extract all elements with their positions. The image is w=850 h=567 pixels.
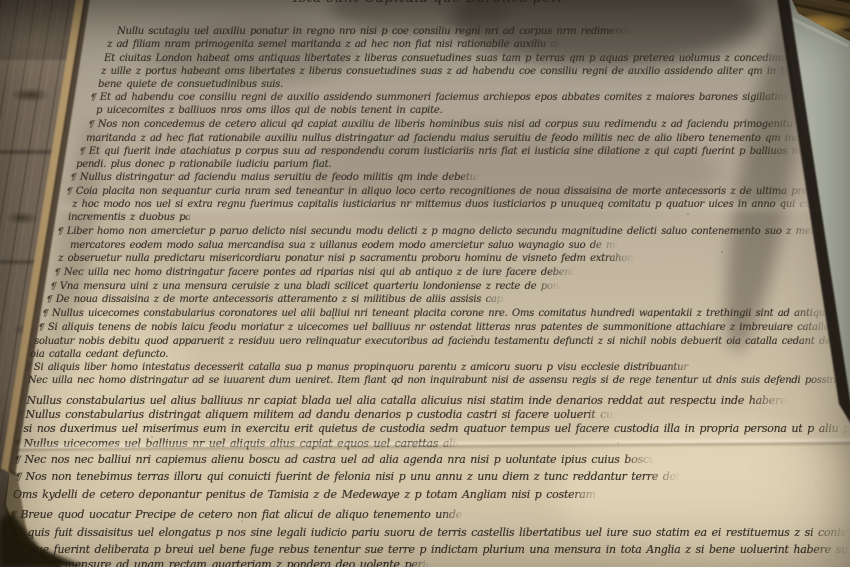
line-text: Nullu scutagiu uel auxiliu ponatur in re… [117,26,632,37]
manuscript-line: ¶Nos non tenebimus terras illoru qui con… [15,470,680,484]
line-text: soluatur nobis debitu quod apparuerit z … [34,336,837,347]
manuscript-photo: Ista sunt Capitula que Barones petunt z … [0,0,850,567]
paragraph-mark: ¶ [90,92,97,102]
line-text: Vna mensura uini z una mensura ceruisie … [60,281,560,292]
manuscript-line: oia catalla cedant defuncto. [30,349,204,362]
manuscript-line: Oms kydelli de cetero deponantur penitus… [13,488,600,502]
line-text: Si quis fuit dissaisitus uel elongatus p… [12,526,850,539]
manuscript-line: ¶Nullus constabularius distringat alique… [15,408,615,422]
manuscript-line: z obseruetur nulla predictaru misericord… [58,253,635,266]
line-text: z obseruetur nulla predictaru misericord… [58,253,635,264]
manuscript-line: pendi. plus donec p rationabile iudiciu … [76,159,368,172]
line-text: incrementis z duobus partibus. [68,212,192,223]
paragraph-mark: ¶ [38,322,45,332]
manuscript-line: z ad filiam nram primogenita semel marit… [107,39,562,52]
manuscript-line: ¶Et qui fuerit inde atachiatus p corpus … [79,146,804,159]
parchment-page: Ista sunt Capitula que Barones petunt z … [0,0,850,567]
line-text: Nullus uicecomes constabularius coronato… [52,308,832,319]
paragraph-mark: ¶ [70,172,77,182]
manuscript-line: soluatur nobis debitu quod apparuerit z … [34,336,837,349]
line-text: maritanda z ad hec fiat rationabile auxi… [86,133,802,144]
manuscript-line: ¶Nec uilla nec homo distringatur facere … [54,267,575,280]
manuscript-line: Si quis fuit dissaisitus uel elongatus p… [12,526,850,540]
line-text: Breue quod uocatur Precipe de cetero non… [20,508,465,521]
manuscript-line: mercatores eodem modo salua mercandisa s… [70,240,618,253]
manuscript-line: incrementis z duobus partibus. [68,212,192,225]
line-text: z hoc modo nos uel si extra regnu fuerim… [72,199,813,210]
manuscript-line: ¶Nec nos nec balliui nri capiemus alienu… [14,453,655,467]
line-text: Nullus constabularius distringat aliquem… [25,408,615,421]
manuscript-line: z uille z portus habeant oms libertates … [101,66,789,79]
manuscript-line: ¶Nullus distringatur ad faciendu maius s… [70,172,480,185]
paragraph-mark: ¶ [79,146,86,156]
manuscript-line: z hoc modo nos uel si extra regnu fuerim… [72,199,813,212]
manuscript-line: p uicecomites z balliuos nros oms illos … [96,105,478,118]
manuscript-line: Nullu scutagiu uel auxiliu ponatur in re… [117,26,632,39]
line-text: z si nos duxerimus uel miserimus eum in … [13,422,850,435]
line-text: Nullus constabularius uel alius balliuus… [26,394,788,407]
manuscript-line: ¶Nullus constabularius uel alius balliuu… [16,394,788,408]
manuscript-line: ¶Coia placita non sequantur curia nram s… [66,186,811,199]
manuscript-line: illa que fuerint deliberata p breui uel … [8,543,850,557]
paragraph-mark: ¶ [14,454,21,465]
manuscript-line: ¶Si aliquis liber homo intestatus decess… [24,362,702,375]
line-text: Si aliquis tenens de nobis laicu feodu m… [48,322,834,333]
line-text: Liber homo non amercietur p paruo delict… [67,226,818,237]
manuscript-line: ¶Nec uilla nec homo distringatur ad se i… [18,375,844,388]
line-text: Coia placita non sequantur curia nram se… [76,186,811,197]
line-text: Si aliquis liber homo intestatus decesse… [34,362,688,373]
manuscript-line: ¶Si aliquis tenens de nobis laicu feodu … [38,322,834,335]
line-text: Nec nos nec balliui nri capiemus alienu … [24,453,655,466]
manuscript-line: ¶Nos non concedemus de cetero alicui qd … [88,119,799,132]
paragraph-mark: ¶ [57,226,64,236]
line-text: oia catalla cedant defuncto. [30,349,168,360]
line-text: Nos non concedemus de cetero alicui qd c… [98,119,799,130]
paragraph-mark: ¶ [54,267,61,277]
line-text: bene quiete de consuetudinibus suis. [98,79,283,90]
line-text: Et ciuitas London habeat oms antiquas li… [104,53,790,64]
paragraph-mark: ¶ [50,281,57,291]
line-text: Nos non tenebimus terras illoru qui conu… [25,470,680,483]
manuscript-line: z si nos duxerimus uel miserimus eum in … [13,422,850,436]
manuscript-line: Et ciuitas London habeat oms antiquas li… [104,53,790,66]
manuscript-line: ¶Vna mensura uini z una mensura ceruisie… [50,281,560,294]
paragraph-mark: ¶ [42,308,49,318]
line-text: z ad filiam nram primogenita semel marit… [107,39,562,50]
line-text: Nec uilla nec homo distringatur ad se iu… [28,375,844,386]
line-text: Et qui fuerit inde atachiatus p corpus s… [89,146,804,157]
paragraph-mark: ¶ [88,119,95,129]
manuscript-line: ¶Breue quod uocatur Precipe de cetero no… [10,508,465,522]
paragraph-mark: ¶ [46,294,53,304]
manuscript-line: ¶De noua dissaisina z de morte antecesso… [46,294,505,307]
manuscript-line: ¶Liber homo non amercietur p paruo delic… [57,226,818,239]
paragraph-mark: ¶ [66,186,73,196]
line-text: pendi. plus donec p rationabile iudiciu … [76,159,331,170]
manuscript-line: maritanda z ad hec fiat rationabile auxi… [86,133,802,146]
line-text: fiant uero mensure ad unam rectam quarte… [6,558,430,567]
line-text: z uille z portus habeant oms libertates … [101,66,789,77]
line-text: De noua dissaisina z de morte antecessor… [56,294,505,305]
manuscript-line: ¶Et ad habendu coe consiliu regni de aux… [90,92,790,105]
manuscript-text-block: Nullu scutagiu uel auxiliu ponatur in re… [0,0,850,567]
line-text: illa que fuerint deliberata p breui uel … [8,543,850,556]
paragraph-mark: ¶ [15,471,22,482]
line-text: Nullus distringatur ad faciendu maius se… [80,172,480,183]
manuscript-line: fiant uero mensure ad unam rectam quarte… [6,558,430,567]
line-text: Oms kydelli de cetero deponantur penitus… [13,488,600,501]
manuscript-line: bene quiete de consuetudinibus suis. [98,79,438,92]
line-text: p uicecomites z balliuos nros oms illos … [96,105,442,116]
line-text: Nec uilla nec homo distringatur facere p… [64,267,575,278]
line-text: Et ad habendu coe consiliu regni de auxi… [100,92,790,103]
manuscript-line: ¶Nullus uicecomes constabularius coronat… [42,308,832,321]
line-text: mercatores eodem modo salua mercandisa s… [70,240,618,251]
